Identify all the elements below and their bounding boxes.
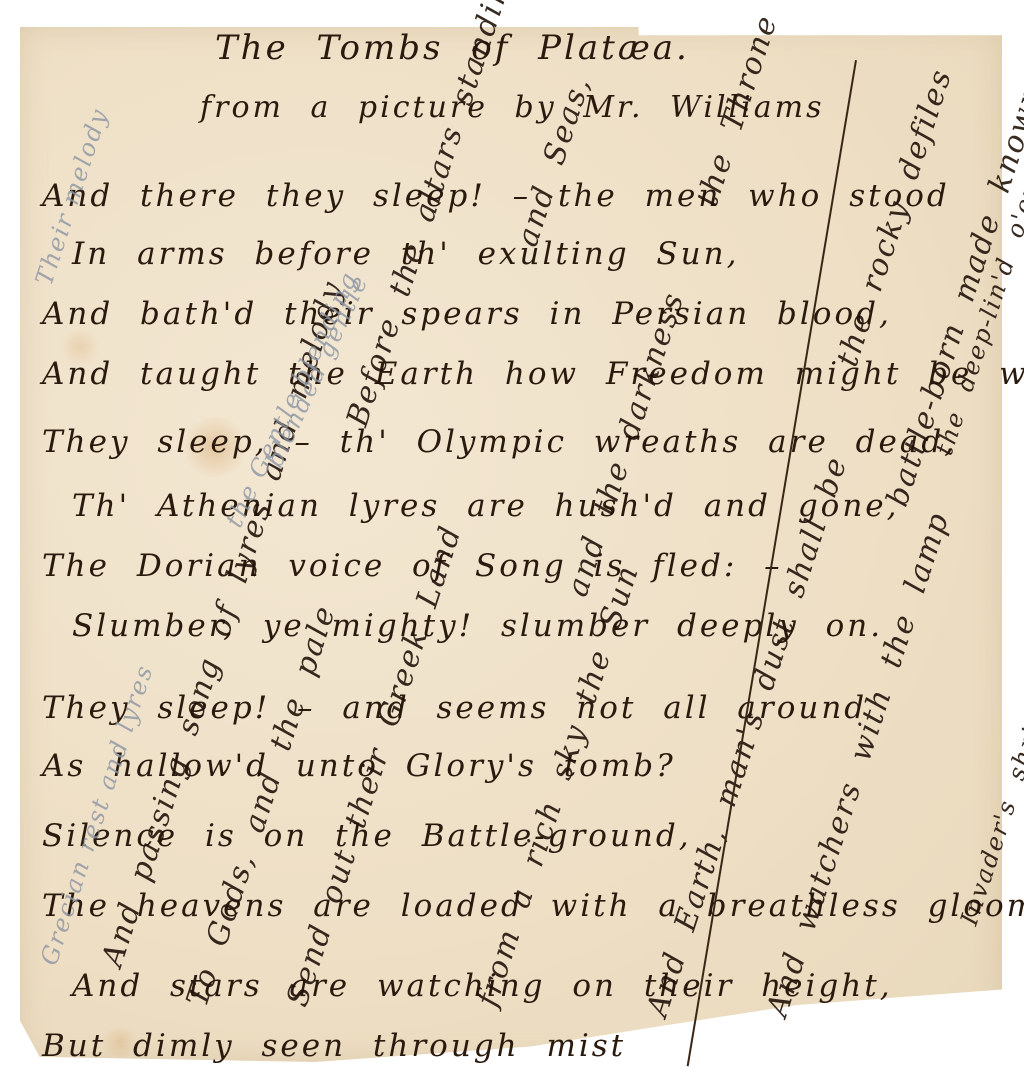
verse-line: And there they sleep! – the men who stoo… bbox=[42, 178, 950, 214]
verse-line: And taught the Earth how Freedom might b… bbox=[42, 356, 1024, 392]
verse-line: And bath'd their spears in Persian blood… bbox=[42, 296, 892, 332]
verse-line: The Dorian voice of Song is fled: – bbox=[42, 548, 783, 584]
verse-line: But dimly seen through mist bbox=[42, 1028, 626, 1064]
poem-title: The Tombs of Platæa. bbox=[215, 28, 690, 68]
verse-line: Th' Athenian lyres are hush'd and gone, bbox=[72, 488, 900, 524]
